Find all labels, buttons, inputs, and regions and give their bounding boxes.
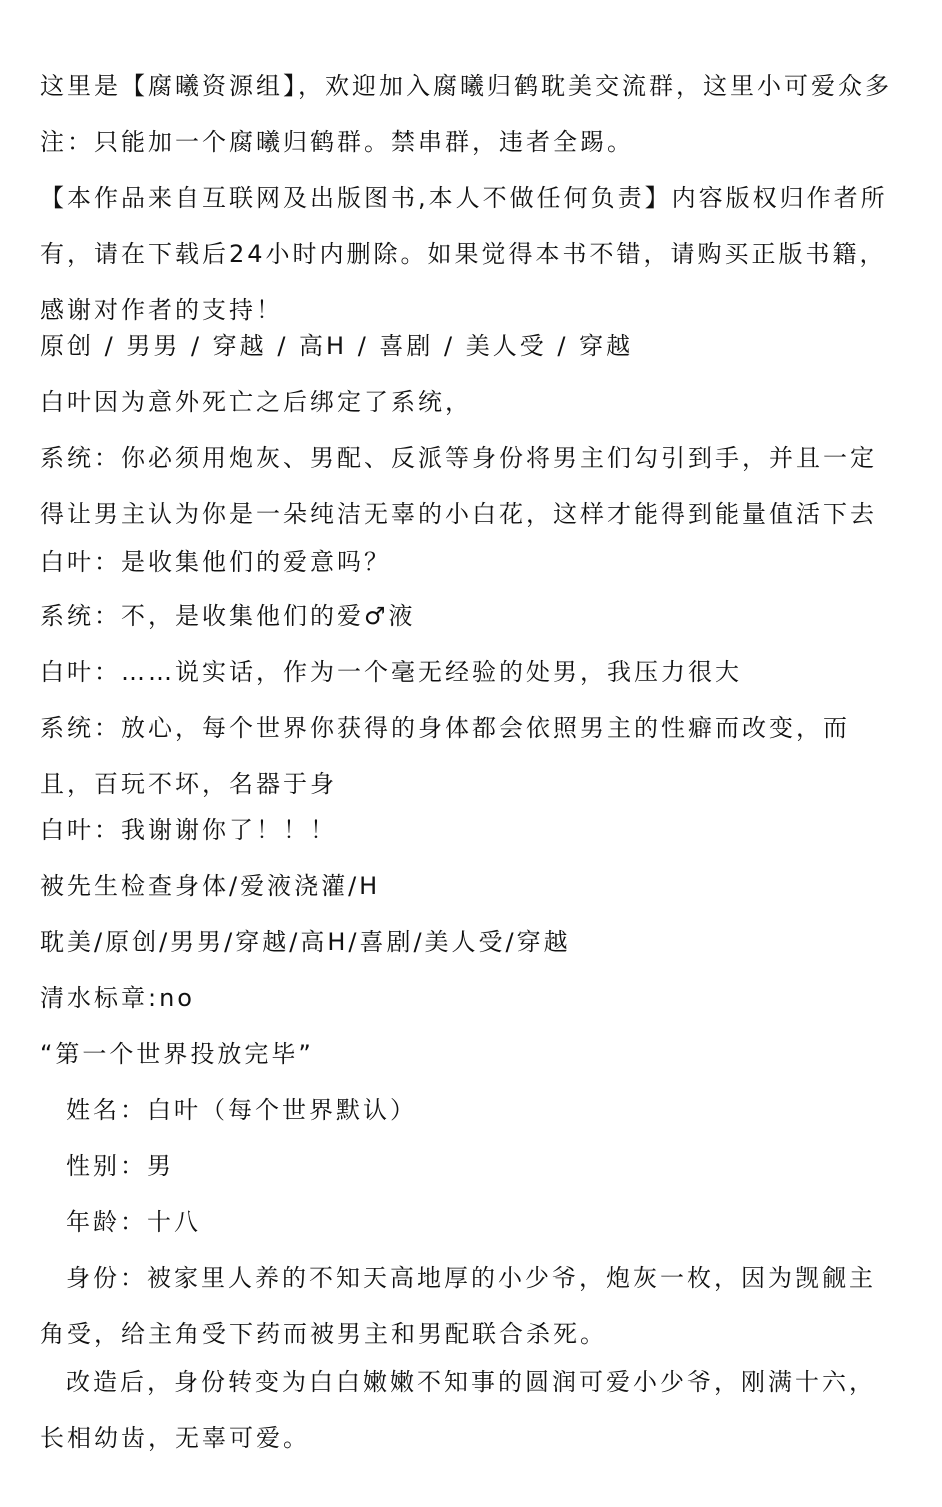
paragraph-subtitle: 被先生检查身体/爱液浇灌/H (40, 858, 900, 914)
paragraph-baiye-dialogue-1: 白叶：是收集他们的爱意吗？ (40, 534, 900, 590)
paragraph-baiye-dialogue-2: 白叶：……说实话，作为一个毫无经验的处男，我压力很大 (40, 644, 900, 700)
paragraph-group-intro: 这里是【腐曦资源组】，欢迎加入腐曦归鹤耽美交流群，这里小可爱众多 (40, 58, 900, 114)
paragraph-disclaimer: 【本作品来自互联网及出版图书,本人不做任何负责】内容版权归作者所有，请在下载后2… (40, 170, 900, 338)
paragraph-system-dialogue-2: 系统：不，是收集他们的爱♂液 (40, 588, 900, 644)
paragraph-system-dialogue-3: 系统：放心，每个世界你获得的身体都会依照男主的性癖而改变，而且，百玩不坏，名器于… (40, 700, 900, 812)
paragraph-synopsis-intro: 白叶因为意外死亡之后绑定了系统， (40, 374, 900, 430)
profile-gender: 性别：男 (66, 1138, 900, 1194)
paragraph-tags: 原创 / 男男 / 穿越 / 高H / 喜剧 / 美人受 / 穿越 (40, 318, 900, 374)
document-page: 这里是【腐曦资源组】，欢迎加入腐曦归鹤耽美交流群，这里小可爱众多 注：只能加一个… (0, 0, 942, 1507)
paragraph-genre-tags: 耽美/原创/男男/穿越/高H/喜剧/美人受/穿越 (40, 914, 900, 970)
paragraph-world-heading: “第一个世界投放完毕” (40, 1026, 900, 1082)
paragraph-group-note: 注：只能加一个腐曦归鹤群。禁串群，违者全踢。 (40, 114, 900, 170)
profile-identity: 身份：被家里人养的不知天高地厚的小少爷，炮灰一枚，因为觊觎主角受，给主角受下药而… (40, 1250, 900, 1362)
paragraph-rating: 清水标章:no (40, 970, 900, 1026)
profile-name: 姓名：白叶（每个世界默认） (66, 1082, 900, 1138)
profile-age: 年龄：十八 (66, 1194, 900, 1250)
paragraph-baiye-dialogue-3: 白叶：我谢谢你了！！！ (40, 802, 900, 858)
paragraph-system-dialogue-1: 系统：你必须用炮灰、男配、反派等身份将男主们勾引到手，并且一定得让男主认为你是一… (40, 430, 900, 542)
profile-modified-identity: 改造后，身份转变为白白嫩嫩不知事的圆润可爱小少爷，刚满十六，长相幼齿，无辜可爱。 (40, 1354, 900, 1466)
